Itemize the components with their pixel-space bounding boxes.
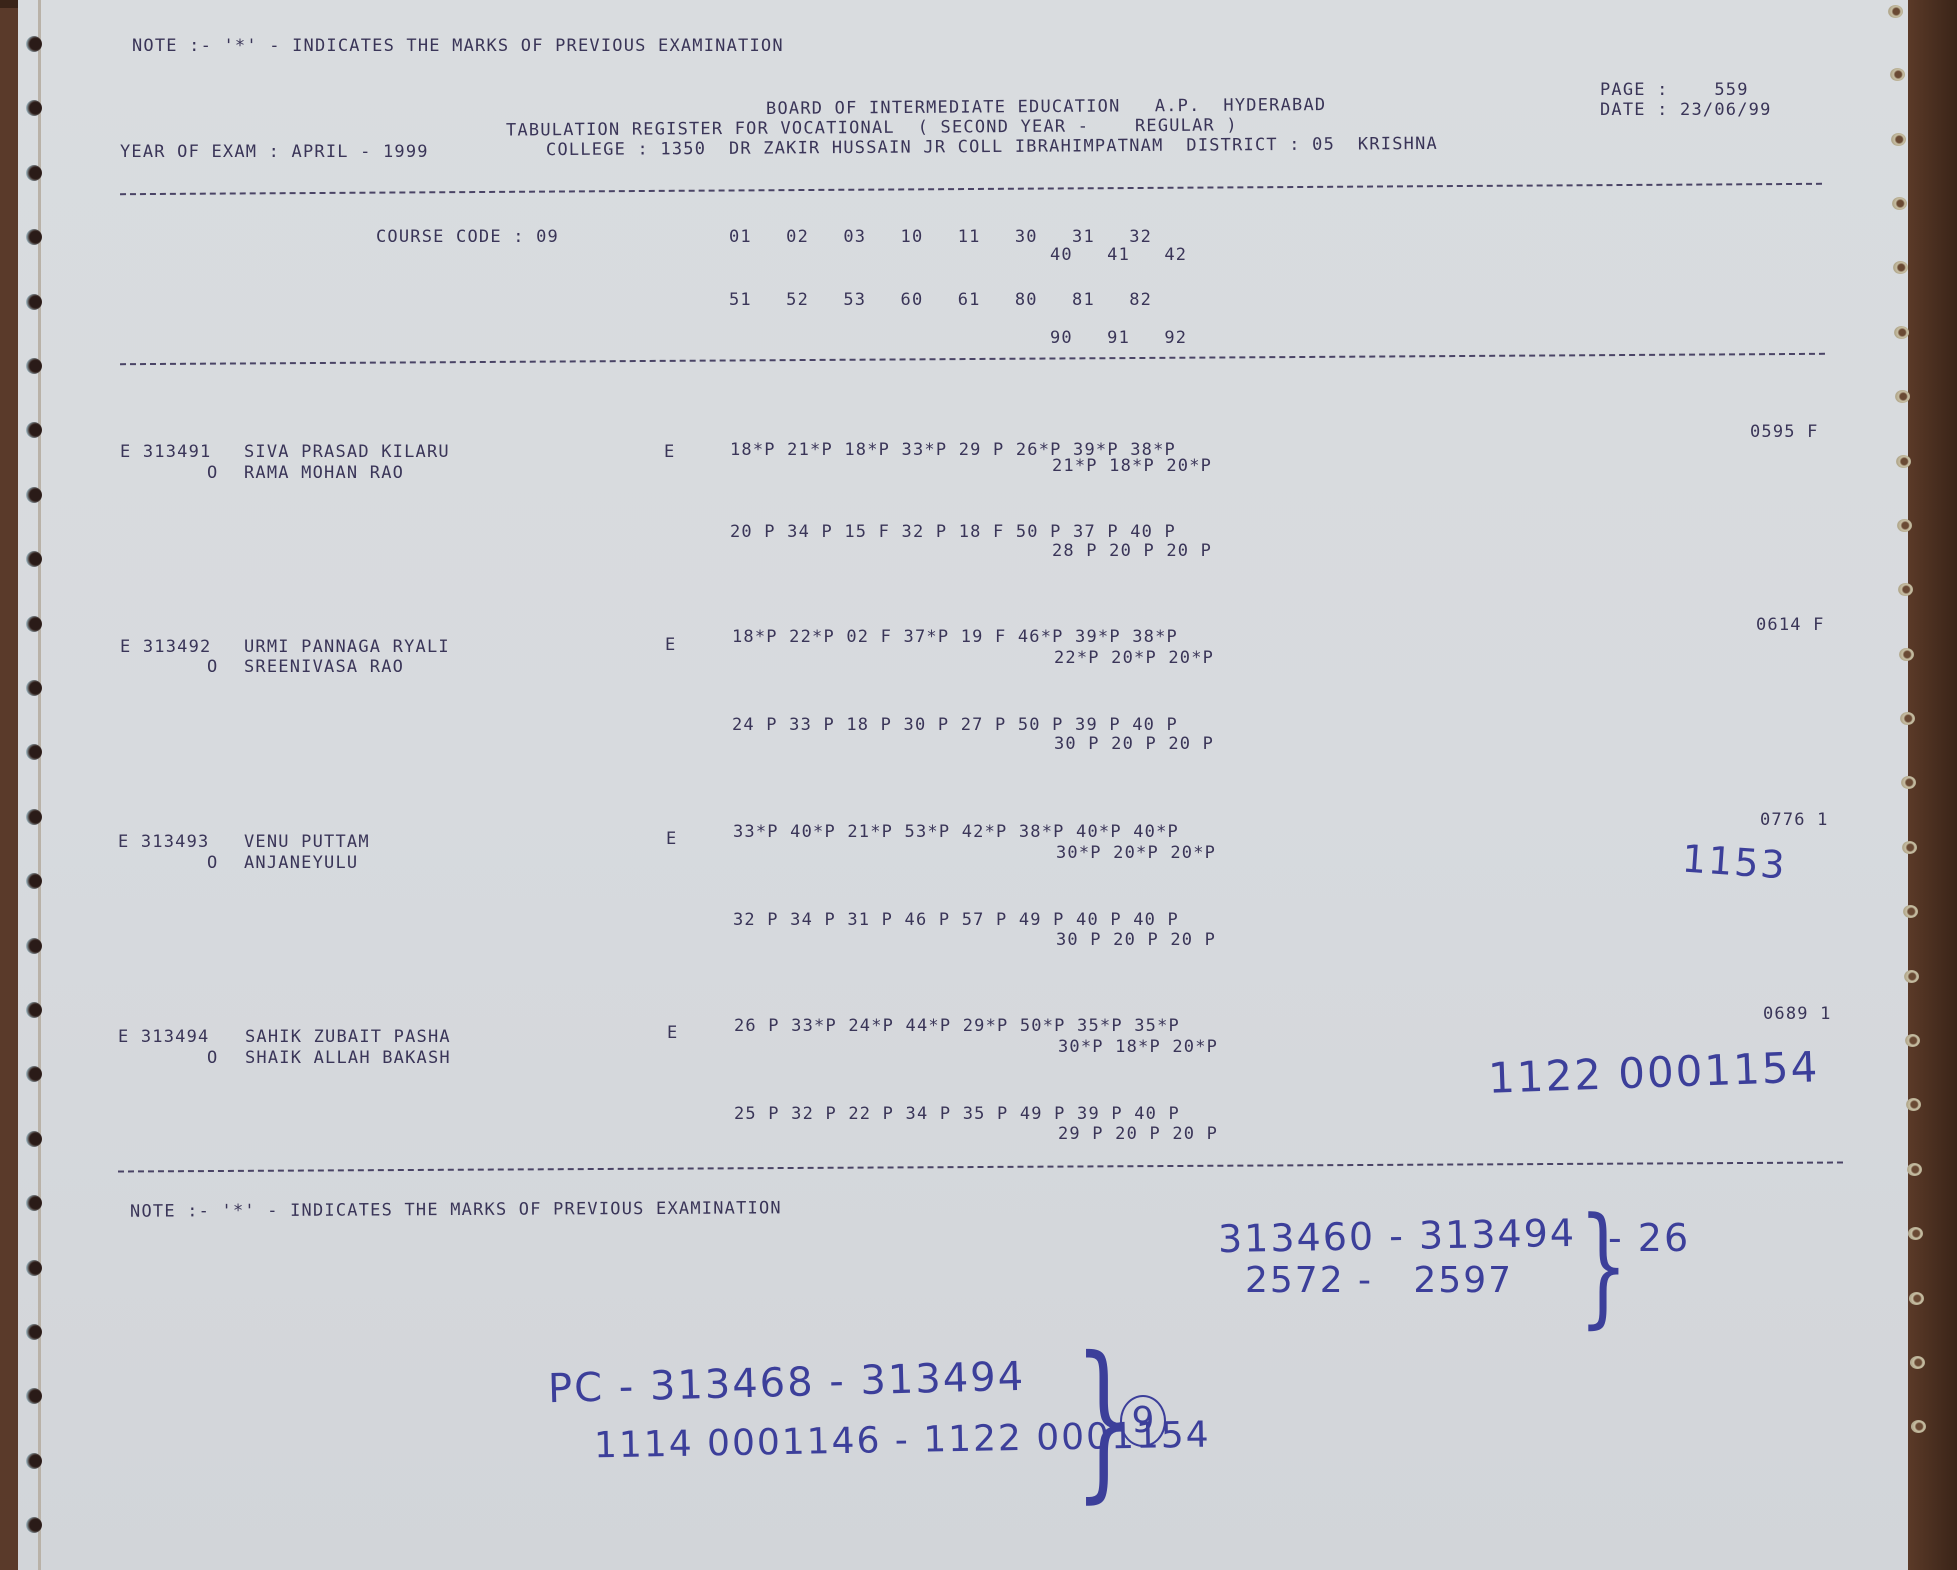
perforation-hole xyxy=(1898,583,1913,596)
subject-codes-row1b: 40 41 42 xyxy=(1050,245,1187,265)
father-name: ANJANEYULU xyxy=(244,853,358,873)
perforation-hole xyxy=(26,294,42,310)
handwritten-1153: 1153 xyxy=(1681,836,1789,887)
perforation-hole xyxy=(1893,261,1908,274)
perforation-hole xyxy=(1897,519,1912,532)
page-number: PAGE : 559 xyxy=(1600,80,1749,100)
perforation-hole xyxy=(26,422,42,438)
perforation-hole xyxy=(26,873,42,889)
perforation-hole xyxy=(1910,1356,1925,1369)
note-bottom: NOTE :- '*' - INDICATES THE MARKS OF PRE… xyxy=(130,1198,782,1221)
total-result: 0614 F xyxy=(1756,615,1825,635)
handwritten-range-hall-tickets: 313460 - 313494 xyxy=(1218,1211,1577,1261)
perforation-hole xyxy=(26,100,42,116)
marks-first-year: 33*P 40*P 21*P 53*P 42*P 38*P 40*P 40*P xyxy=(733,822,1179,842)
perforation-hole xyxy=(26,358,42,374)
marks-second-year-cont: 30 P 20 P 20 P xyxy=(1054,734,1214,754)
perforation-hole xyxy=(26,551,42,567)
student-name: VENU PUTTAM xyxy=(244,832,370,852)
perforation-hole xyxy=(26,1002,42,1018)
perforation-hole xyxy=(1890,68,1905,81)
perforation-hole xyxy=(26,1195,42,1211)
marks-second-year: 25 P 32 P 22 P 34 P 35 P 49 P 39 P 40 P xyxy=(734,1104,1180,1124)
perforation-hole xyxy=(1902,841,1917,854)
marks-second-year: 20 P 34 P 15 F 32 P 18 F 50 P 37 P 40 P xyxy=(730,522,1176,542)
total-result: 0776 1 xyxy=(1760,810,1829,830)
father-name: SHAIK ALLAH BAKASH xyxy=(245,1048,451,1068)
marks-second-year-cont: 30 P 20 P 20 P xyxy=(1056,930,1216,950)
perforation-hole xyxy=(26,616,42,632)
father-prefix: O xyxy=(207,853,218,873)
hall-ticket: E 313491 xyxy=(120,442,211,462)
perforation-hole xyxy=(1905,1034,1920,1047)
perforation-hole xyxy=(26,1453,42,1469)
student-name: SIVA PRASAD KILARU xyxy=(244,442,450,462)
perforation-hole xyxy=(26,1517,42,1533)
father-prefix: O xyxy=(207,1048,218,1068)
marks-second-year-cont: 28 P 20 P 20 P xyxy=(1052,541,1212,561)
student-name: URMI PANNAGA RYALI xyxy=(244,637,450,657)
handwritten-circled-count: 9 xyxy=(1120,1395,1166,1447)
perforation-hole xyxy=(26,1131,42,1147)
perforation-hole xyxy=(1908,1227,1923,1240)
marks-first-year-cont: 30*P 20*P 20*P xyxy=(1056,843,1216,863)
course-code: COURSE CODE : 09 xyxy=(376,227,559,247)
perforation-hole xyxy=(1906,1098,1921,1111)
medium: E xyxy=(667,1023,678,1043)
perforation-hole xyxy=(1896,455,1911,468)
perforation-hole xyxy=(1892,197,1907,210)
medium: E xyxy=(665,635,676,655)
perforation-hole xyxy=(1911,1420,1926,1433)
perforation-hole xyxy=(1888,5,1903,18)
perforation-hole xyxy=(26,229,42,245)
hall-ticket: E 313494 xyxy=(118,1027,209,1047)
perforation-hole xyxy=(1901,776,1916,789)
note-top: NOTE :- '*' - INDICATES THE MARKS OF PRE… xyxy=(132,36,784,56)
print-date: DATE : 23/06/99 xyxy=(1600,100,1772,120)
perforation-hole xyxy=(1894,326,1909,339)
medium: E xyxy=(664,442,675,462)
perforation-hole xyxy=(26,1324,42,1340)
perforation-hole xyxy=(1903,905,1918,918)
handwritten-count: - 26 xyxy=(1608,1216,1690,1260)
perforation-hole xyxy=(1895,390,1910,403)
hall-ticket: E 313493 xyxy=(118,832,209,852)
marks-first-year: 18*P 22*P 02 F 37*P 19 F 46*P 39*P 38*P xyxy=(732,627,1178,647)
perforation-hole xyxy=(26,938,42,954)
perforation-hole xyxy=(1899,648,1914,661)
marks-first-year-cont: 30*P 18*P 20*P xyxy=(1058,1037,1218,1057)
marks-second-year-cont: 29 P 20 P 20 P xyxy=(1058,1124,1218,1144)
handwritten-range-serial: 2572 - 2597 xyxy=(1245,1260,1513,1301)
hall-ticket: E 313492 xyxy=(120,637,211,657)
subject-codes-row3: 90 91 92 xyxy=(1050,328,1187,348)
perforation-hole xyxy=(1909,1292,1924,1305)
perforation-hole xyxy=(26,1388,42,1404)
marks-second-year: 24 P 33 P 18 P 30 P 27 P 50 P 39 P 40 P xyxy=(732,715,1178,735)
total-result: 0595 F xyxy=(1750,422,1819,442)
perforation-hole xyxy=(26,487,42,503)
medium: E xyxy=(666,829,677,849)
board-title: BOARD OF INTERMEDIATE EDUCATION A.P. HYD… xyxy=(766,95,1326,119)
perforation-hole xyxy=(26,744,42,760)
father-name: RAMA MOHAN RAO xyxy=(244,463,404,483)
father-prefix: O xyxy=(207,657,218,677)
perforation-hole xyxy=(26,165,42,181)
student-name: SAHIK ZUBAIT PASHA xyxy=(245,1027,451,1047)
marks-first-year-cont: 22*P 20*P 20*P xyxy=(1054,648,1214,668)
perforation-hole xyxy=(26,809,42,825)
year-of-exam: YEAR OF EXAM : APRIL - 1999 xyxy=(120,142,429,162)
marks-first-year-cont: 21*P 18*P 20*P xyxy=(1052,456,1212,476)
perforation-hole xyxy=(1900,712,1915,725)
subject-codes-row2: 51 52 53 60 61 80 81 82 xyxy=(729,290,1152,310)
perforation-hole xyxy=(1891,133,1906,146)
total-result: 0689 1 xyxy=(1763,1004,1832,1024)
perforation-hole xyxy=(26,1260,42,1276)
father-name: SREENIVASA RAO xyxy=(244,657,404,677)
marks-first-year: 26 P 33*P 24*P 44*P 29*P 50*P 35*P 35*P xyxy=(734,1016,1180,1036)
perforation-hole xyxy=(26,36,42,52)
marks-second-year: 32 P 34 P 31 P 46 P 57 P 49 P 40 P 40 P xyxy=(733,910,1179,930)
subject-codes-row1: 01 02 03 10 11 30 31 32 xyxy=(729,227,1152,247)
father-prefix: O xyxy=(207,463,218,483)
perforation-hole xyxy=(1907,1163,1922,1176)
perforation-hole xyxy=(26,680,42,696)
perforation-hole xyxy=(26,1066,42,1082)
perforation-hole xyxy=(1904,970,1919,983)
